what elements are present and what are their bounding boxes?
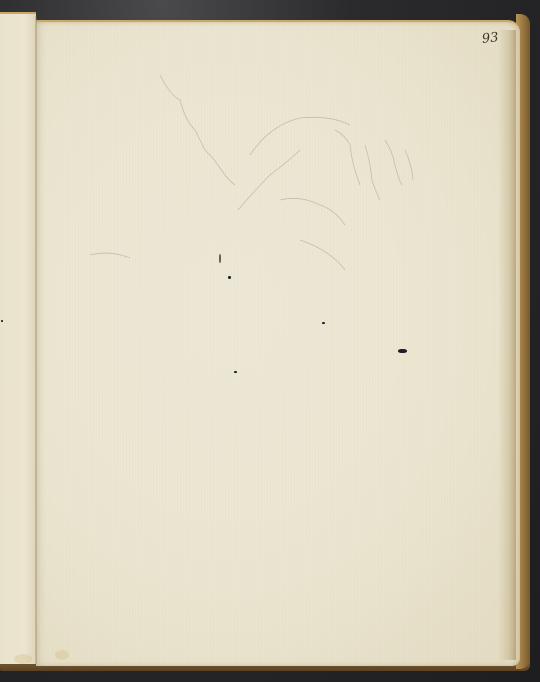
faint-pencil-sketch [0,0,540,682]
foxing-stain [55,650,69,660]
ink-speck [322,322,325,324]
ink-speck [234,371,237,373]
ink-speck [228,276,231,279]
pencil-mark [219,254,221,263]
ink-speck [1,320,3,322]
ink-blot [398,349,407,353]
page-number: 93 [481,30,499,47]
